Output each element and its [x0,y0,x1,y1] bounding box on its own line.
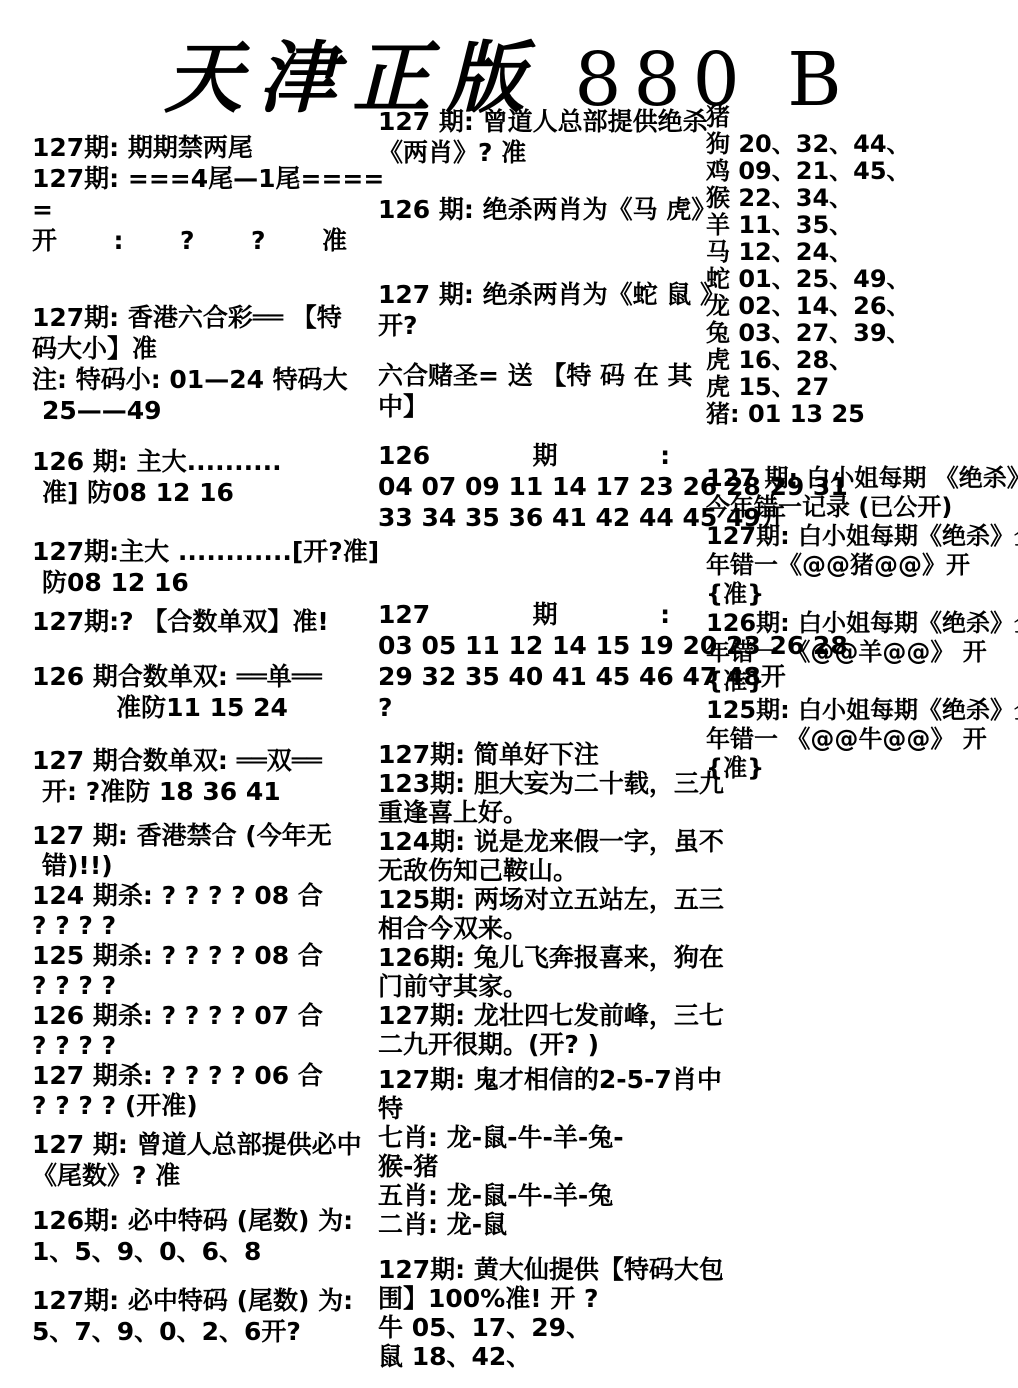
draw-header: 126 期 : [378,440,670,471]
numbers: 29 32 35 40 41 45 46 47 48 [378,661,761,692]
numbers-line: 29 32 35 40 41 45 46 47 48 开 [378,661,710,692]
text-line: 126期: 兔儿飞奔报喜来，狗在 [378,943,710,972]
text-line: 127 期: 香港禁合 (今年无 [32,821,372,851]
text-line: 特 [378,1094,710,1123]
zodiac-line: 蛇 01、25、49、 [706,266,1018,293]
text-line: 错)!!) [32,851,372,881]
zodiac-line: 兔 03、27、39、 [706,320,1018,347]
text-line: 5、7、9、0、2、6开? [32,1316,372,1347]
text-line: 1、5、9、0、6、8 [32,1236,372,1267]
text-line: 127期: 鬼才相信的2-5-7肖中 [378,1065,710,1094]
zodiac-line: 羊 11、35、 [706,212,1018,239]
text-line: 125期: 白小姐每期《绝杀》全 [706,696,1018,725]
text-line: 127期: ===4尾—1尾==== [32,163,372,194]
text-line: = [32,194,372,225]
section-hk-lottery-size: 127期: 香港六合彩══ 【特 码大小】准 注: 特码小: 01—24 特码大… [32,302,372,426]
draw-label: 期 [533,440,558,471]
section-sum-odd-even: 127期:? 【合数单双】准! 126 期合数单双: ══单══ 准防11 15… [32,606,372,807]
middle-column: 127 期: 曾道人总部提供绝杀 《两肖》? 准 126 期: 绝杀两肖为《马 … [378,106,710,1371]
text-line: 准] 防08 12 16 [32,477,372,508]
text-line: 127 期: 白小姐每期 《绝杀》 [706,464,1018,493]
text-line: 127期: 龙壮四七发前峰，三七 [378,1001,710,1030]
colon: : [660,440,670,471]
text-line: 127期: 简单好下注 [378,740,710,769]
text-line: 125期: 两场对立五站左，五三 [378,885,710,914]
text-line: 127期: 黄大仙提供【特码大包 [378,1255,710,1284]
text-line: 《尾数》? 准 [32,1160,372,1191]
text-line: 码大小】准 [32,333,372,364]
text-line: 126 期合数单双: ══单══ [32,661,372,692]
text-line: 相合今双来。 [378,914,710,943]
section-zodiac-numbers: 猪 狗 20、32、44、 鸡 09、21、45、 猴 22、34、 羊 11、… [706,104,1018,428]
zodiac-line: 龙 02、14、26、 [706,293,1018,320]
text-line: 牛 05、17、29、 [378,1313,710,1342]
section-zodiac-picks: 127期: 鬼才相信的2-5-7肖中 特 七肖: 龙-鼠-牛-羊-兔- 猴-猪 … [378,1065,710,1239]
section-poems: 127期: 简单好下注 123期: 胆大妄为二十载，三九 重逢喜上好。 124期… [378,740,710,1059]
text-line: 《两肖》? 准 [378,137,710,168]
text-line: 125 期杀: ? ? ? ? 08 合 [32,941,372,971]
section-hk-forbidden: 127 期: 香港禁合 (今年无 错)!!) 124 期杀: ? ? ? ? 0… [32,821,372,1121]
numbers: 33 34 35 36 41 42 44 45 49 [378,502,761,533]
question-mark: ? [251,225,266,256]
kai-label: 开 [32,225,57,256]
text-line: 127期: 香港六合彩══ 【特 [32,302,372,333]
text-line: ? ? ? ? (开准) [32,1091,372,1121]
text-line: 年错一 《@@牛@@》 开 [706,725,1018,754]
zodiac-line: 虎 16、28、 [706,347,1018,374]
question-mark: ? [378,692,710,723]
text-line: 123期: 胆大妄为二十载，三九 [378,769,710,798]
text-line: ? ? ? ? [32,911,372,941]
section-draw-126: 126 期 : 04 07 09 11 14 17 23 26 28 29 31… [378,440,710,533]
text-line: 中】 [378,391,710,422]
draw-header: 127 期 : [378,599,670,630]
text-line: 124期: 说是龙来假一字，虽不 [378,827,710,856]
section-draw-127: 127 期 : 03 05 11 12 14 15 19 20 23 26 28… [378,599,710,723]
text-line: 126 期: 绝杀两肖为《马 虎》 [378,194,710,225]
text-line: 六合赌圣= 送 【特 码 在 其 [378,360,710,391]
text-line: 126 期: 主大.......... [32,446,372,477]
text-line: 开: ?准防 18 36 41 [32,776,372,807]
section-tail-numbers: 127 期: 曾道人总部提供必中 《尾数》? 准 126期: 必中特码 (尾数)… [32,1129,372,1347]
text-line: 127 期合数单双: ══双══ [32,745,372,776]
draw-number: 126 [378,440,430,471]
text-line: ? ? ? ? [32,971,372,1001]
text-line: 今年错一记录 (已公开) [706,493,1018,522]
text-line: ? ? ? ? [32,1031,372,1061]
open-result-line: 开 : ? ? 准 [32,225,347,256]
text-line: 126 期杀: ? ? ? ? 07 合 [32,1001,372,1031]
text-line: 年错一 《@@羊@@》 开 [706,638,1018,667]
text-line: 127 期: 绝杀两肖为《蛇 鼠 》 [378,279,710,310]
text-line: 二九开很期。(开? ) [378,1030,710,1059]
text-line: 围】100%准! 开 ? [378,1284,710,1313]
text-line: 127期: 期期禁两尾 [32,132,372,163]
question-mark: ? [180,225,195,256]
text-line: 鼠 18、42、 [378,1342,710,1371]
text-line: 25——49 [32,395,372,426]
text-line: 127 期杀: ? ? ? ? 06 合 [32,1061,372,1091]
text-line: 年错一《@@猪@@》开 [706,551,1018,580]
text-line: 五肖: 龙-鼠-牛-羊-兔 [378,1181,710,1210]
draw-label: 期 [533,599,558,630]
text-line: 准防11 15 24 [32,692,372,723]
text-line: 126期: 白小姐每期《绝杀》全 [706,609,1018,638]
colon: : [660,599,670,630]
text-line: 126期: 必中特码 (尾数) 为: [32,1205,372,1236]
numbers-line: 33 34 35 36 41 42 44 45 49 开 [378,502,710,533]
section-main-big: 126 期: 主大.......... 准] 防08 12 16 127期:主大… [32,446,372,598]
text-line: 124 期杀: ? ? ? ? 08 合 [32,881,372,911]
numbers-line: 03 05 11 12 14 15 19 20 23 26 28 [378,630,710,661]
zodiac-line: 猪: 01 13 25 [706,401,1018,428]
text-line: {准} [706,580,1018,609]
text-line: 127期:? 【合数单双】准! [32,606,372,637]
text-line: {准} [706,754,1018,783]
text-line: 二肖: 龙-鼠 [378,1210,710,1239]
colon: : [114,225,124,256]
text-line: 无敌伤知己鞍山。 [378,856,710,885]
text-line: 防08 12 16 [32,567,372,598]
text-line: 开? [378,310,710,341]
text-line: 重逢喜上好。 [378,798,710,827]
left-column: 127期: 期期禁两尾 127期: ===4尾—1尾==== = 开 : ? ?… [32,132,372,1347]
zodiac-line: 猴 22、34、 [706,185,1018,212]
text-line: 猴-猪 [378,1152,710,1181]
text-line: 注: 特码小: 01—24 特码大 [32,364,372,395]
lottery-tip-sheet: 天津正版 880 B 127期: 期期禁两尾 127期: ===4尾—1尾===… [0,0,1018,1388]
zodiac-line: 马 12、24、 [706,239,1018,266]
text-line: 127期: 必中特码 (尾数) 为: [32,1285,372,1316]
zodiac-line: 虎 15、27 [706,374,1018,401]
text-line: 门前守其家。 [378,972,710,1001]
zhun-label: 准 [322,225,347,256]
draw-number: 127 [378,599,430,630]
text-line: 127 期: 曾道人总部提供绝杀 [378,106,710,137]
zodiac-line: 鸡 09、21、45、 [706,158,1018,185]
text-line: 127 期: 曾道人总部提供必中 [32,1129,372,1160]
text-line: 七肖: 龙-鼠-牛-羊-兔- [378,1123,710,1152]
numbers-line: 04 07 09 11 14 17 23 26 28 29 31 [378,471,710,502]
text-line: {准} [706,667,1018,696]
text-line: 127期: 白小姐每期《绝杀》全 [706,522,1018,551]
zodiac-line: 猪 [706,104,1018,131]
right-column: 猪 狗 20、32、44、 鸡 09、21、45、 猴 22、34、 羊 11、… [706,104,1018,783]
zodiac-line: 狗 20、32、44、 [706,131,1018,158]
section-two-tails: 127期: 期期禁两尾 127期: ===4尾—1尾==== = 开 : ? ?… [32,132,372,256]
text-line: 127期:主大 ............[开?准] [32,536,372,567]
section-kill-two-zodiac: 127 期: 曾道人总部提供绝杀 《两肖》? 准 126 期: 绝杀两肖为《马 … [378,106,710,422]
section-huangdaxian: 127期: 黄大仙提供【特码大包 围】100%准! 开 ? 牛 05、17、29… [378,1255,710,1371]
section-baixiaojie: 127 期: 白小姐每期 《绝杀》 今年错一记录 (已公开) 127期: 白小姐… [706,464,1018,783]
